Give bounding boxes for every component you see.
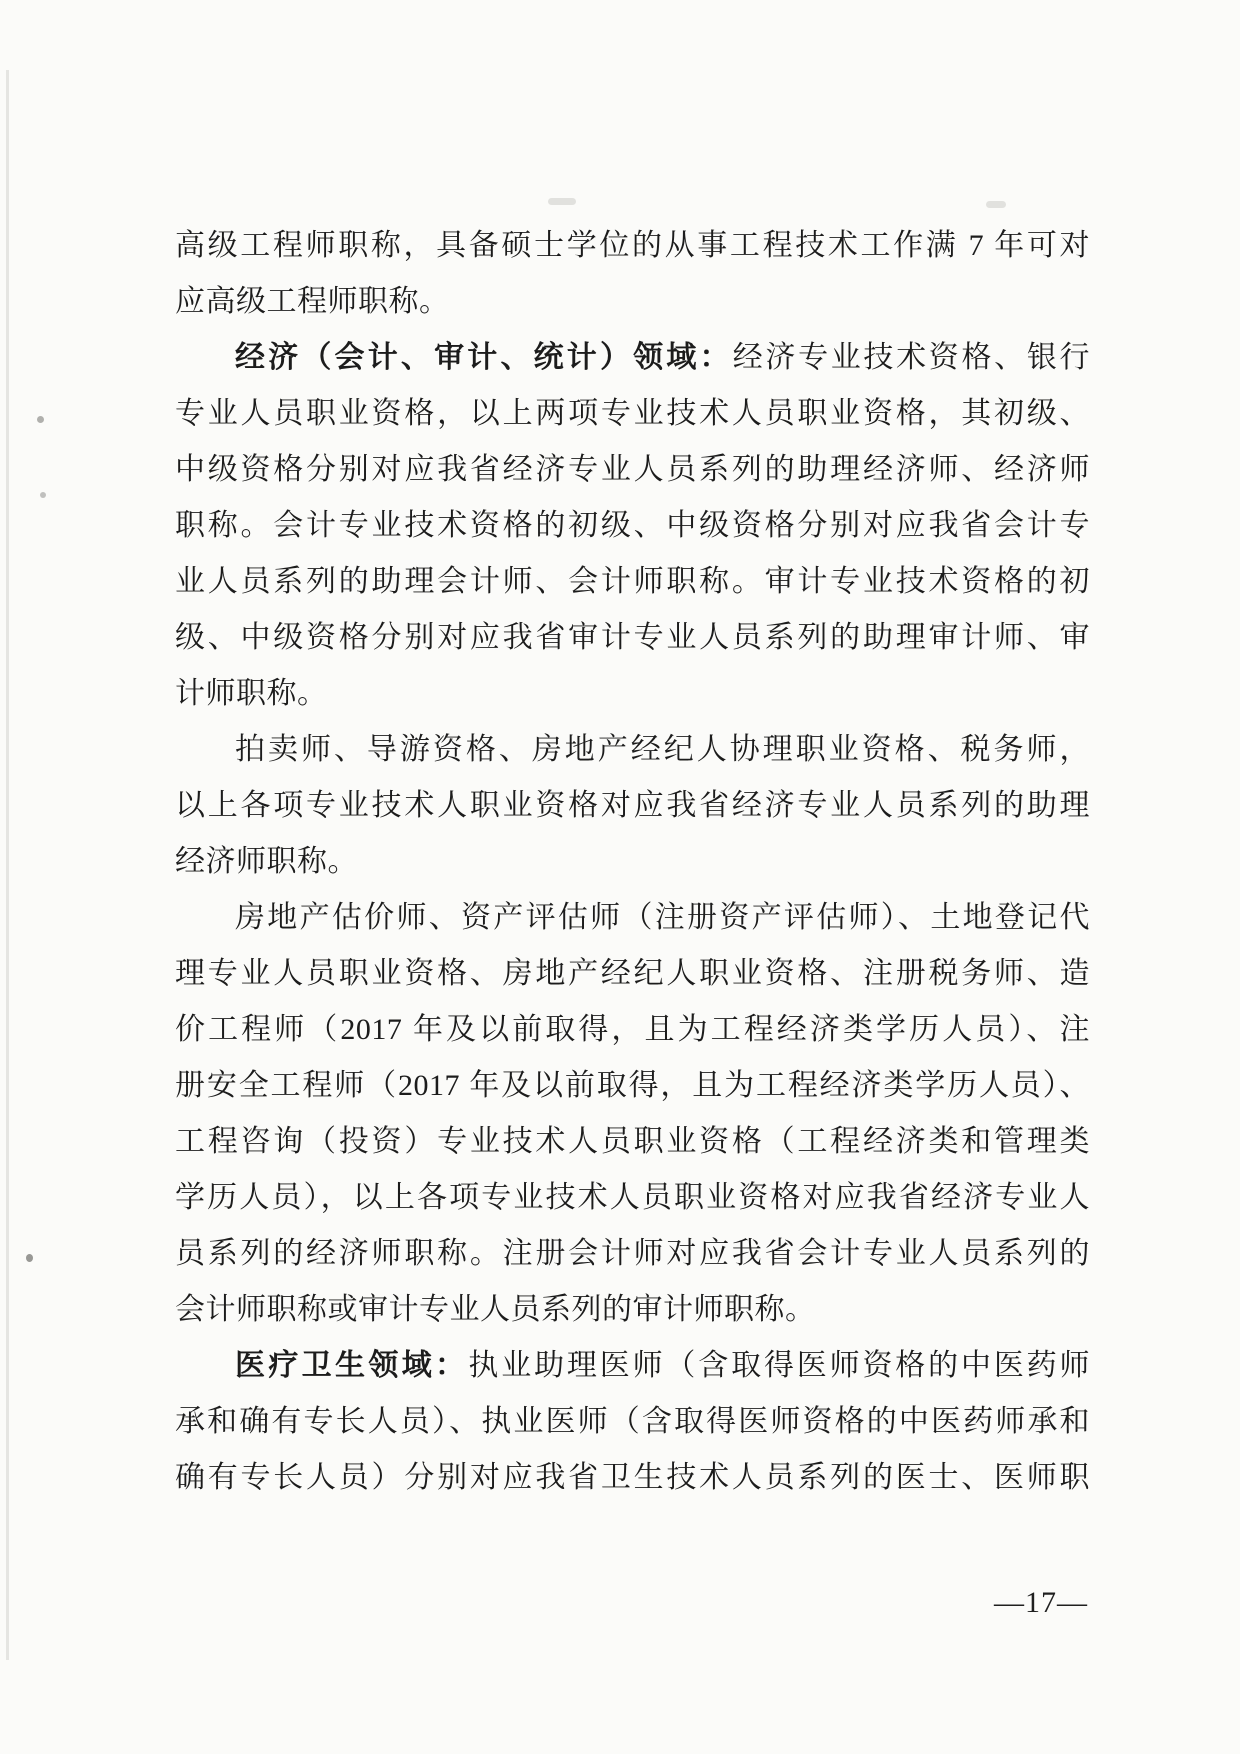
text-line: 员系列的经济师职称。注册会计师对应我省会计专业人员系列的 bbox=[175, 1226, 1090, 1282]
section-heading: 经济（会计、审计、统计）领域： bbox=[235, 341, 733, 374]
scan-edge-streak bbox=[6, 70, 9, 1660]
scan-smudge bbox=[986, 201, 1006, 208]
text-line: 中级资格分别对应我省经济专业人员系列的助理经济师、经济师 bbox=[175, 442, 1090, 498]
text-line: 应高级工程师职称。 bbox=[175, 274, 1090, 330]
paragraph: 经济（会计、审计、统计）领域：经济专业技术资格、银行专业人员职业资格，以上两项专… bbox=[175, 330, 1090, 722]
paragraph: 高级工程师职称，具备硕士学位的从事工程技术工作满 7 年可对应高级工程师职称。 bbox=[175, 218, 1090, 330]
paragraph: 房地产估价师、资产评估师（注册资产评估师）、土地登记代理专业人员职业资格、房地产… bbox=[175, 890, 1090, 1338]
text-line: 价工程师（2017 年及以前取得，且为工程经济类学历人员）、注 bbox=[175, 1002, 1090, 1058]
text-line: 拍卖师、导游资格、房地产经纪人协理职业资格、税务师， bbox=[175, 722, 1090, 778]
text-line: 房地产估价师、资产评估师（注册资产评估师）、土地登记代 bbox=[175, 890, 1090, 946]
paragraph: 医疗卫生领域：执业助理医师（含取得医师资格的中医药师承和确有专长人员）、执业医师… bbox=[175, 1338, 1090, 1506]
text-line: 学历人员），以上各项专业技术人员职业资格对应我省经济专业人 bbox=[175, 1170, 1090, 1226]
text-line: 册安全工程师（2017 年及以前取得，且为工程经济类学历人员）、 bbox=[175, 1058, 1090, 1114]
scan-speck bbox=[40, 492, 46, 498]
text-line: 专业人员职业资格，以上两项专业技术人员职业资格，其初级、 bbox=[175, 386, 1090, 442]
scan-speck bbox=[37, 416, 44, 423]
page-number: —17— bbox=[994, 1586, 1088, 1620]
text-line: 高级工程师职称，具备硕士学位的从事工程技术工作满 7 年可对 bbox=[175, 218, 1090, 274]
document-body: 高级工程师职称，具备硕士学位的从事工程技术工作满 7 年可对应高级工程师职称。经… bbox=[175, 218, 1090, 1506]
text-line: 级、中级资格分别对应我省审计专业人员系列的助理审计师、审 bbox=[175, 610, 1090, 666]
text-line: 经济师职称。 bbox=[175, 834, 1090, 890]
scan-smudge bbox=[548, 198, 576, 205]
text-line: 确有专长人员）分别对应我省卫生技术人员系列的医士、医师职 bbox=[175, 1450, 1090, 1506]
text-line: 工程咨询（投资）专业技术人员职业资格（工程经济类和管理类 bbox=[175, 1114, 1090, 1170]
paragraph: 拍卖师、导游资格、房地产经纪人协理职业资格、税务师，以上各项专业技术人职业资格对… bbox=[175, 722, 1090, 890]
section-heading: 医疗卫生领域： bbox=[235, 1349, 468, 1382]
text-line: 业人员系列的助理会计师、会计师职称。审计专业技术资格的初 bbox=[175, 554, 1090, 610]
document-page: 高级工程师职称，具备硕士学位的从事工程技术工作满 7 年可对应高级工程师职称。经… bbox=[0, 0, 1240, 1754]
text-line: 理专业人员职业资格、房地产经纪人职业资格、注册税务师、造 bbox=[175, 946, 1090, 1002]
text-line: 职称。会计专业技术资格的初级、中级资格分别对应我省会计专 bbox=[175, 498, 1090, 554]
scan-speck bbox=[26, 1254, 33, 1262]
text-line: 医疗卫生领域：执业助理医师（含取得医师资格的中医药师 bbox=[175, 1338, 1090, 1394]
text-line: 会计师职称或审计专业人员系列的审计师职称。 bbox=[175, 1282, 1090, 1338]
text-line: 计师职称。 bbox=[175, 666, 1090, 722]
text-line: 经济（会计、审计、统计）领域：经济专业技术资格、银行 bbox=[175, 330, 1090, 386]
text-line: 以上各项专业技术人职业资格对应我省经济专业人员系列的助理 bbox=[175, 778, 1090, 834]
text-line: 承和确有专长人员）、执业医师（含取得医师资格的中医药师承和 bbox=[175, 1394, 1090, 1450]
